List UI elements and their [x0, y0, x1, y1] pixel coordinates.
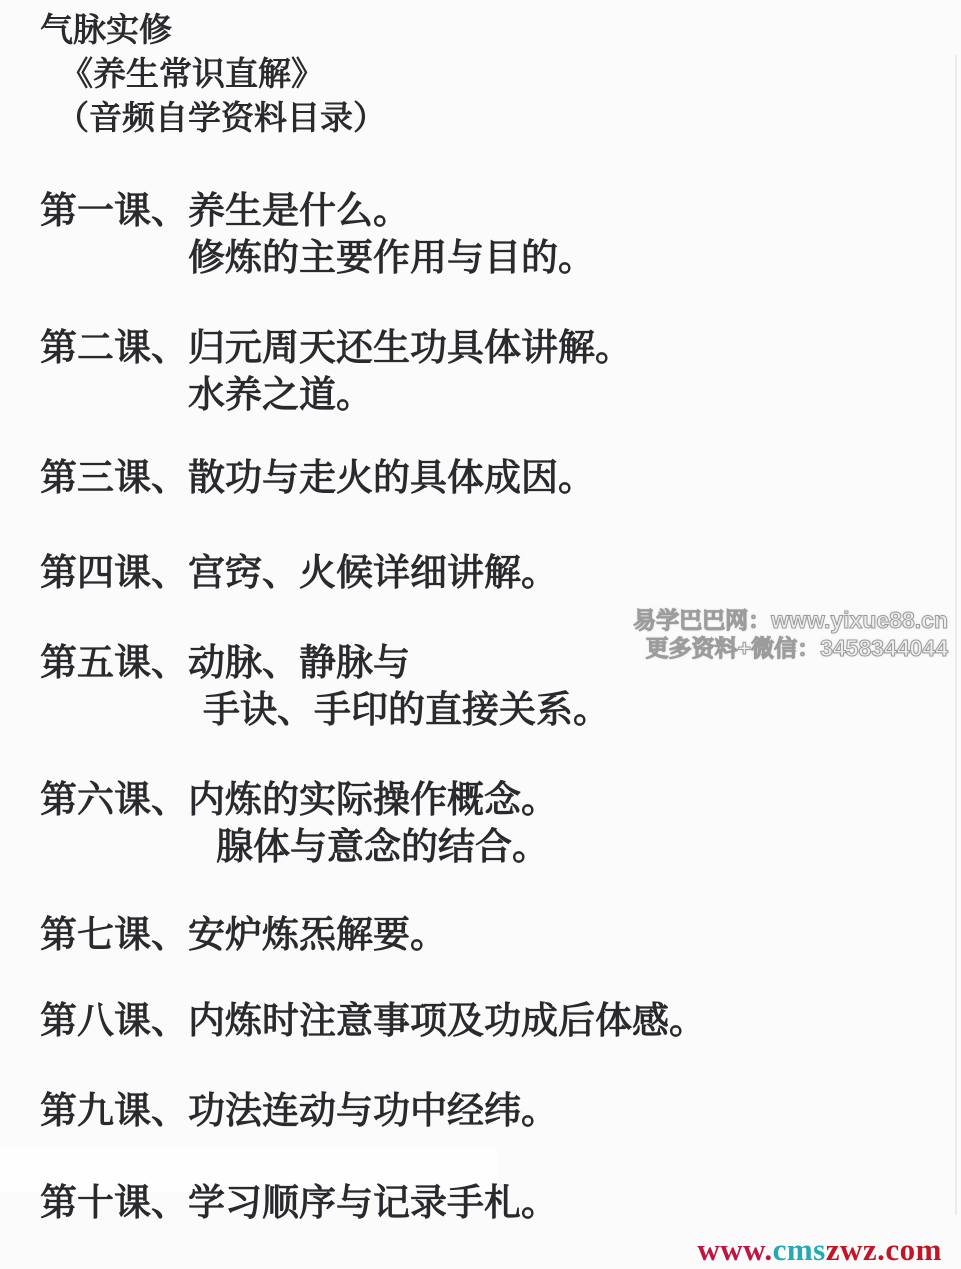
- lesson-text-line: 腺体与意念的结合。: [216, 823, 558, 870]
- lesson-number: 第一课、: [40, 187, 188, 234]
- site-watermark-part1: www.: [697, 1232, 772, 1267]
- lesson-item-9: 第九课、 功法连动与功中经纬。: [40, 1087, 558, 1134]
- lesson-number: 第七课、: [40, 911, 188, 958]
- document-subtitle-note: （音频自学资料目录）: [56, 96, 386, 140]
- lesson-text-line: 养生是什么。: [188, 187, 595, 234]
- lesson-text: 宫窍、火候详细讲解。: [188, 549, 558, 596]
- site-watermark: www.cmszwz.com: [697, 1234, 942, 1265]
- lesson-item-4: 第四课、 宫窍、火候详细讲解。: [40, 549, 558, 596]
- lesson-text-line: 修炼的主要作用与目的。: [188, 234, 595, 281]
- yixue-watermark-line1: 易学巴巴网：www.yixue88.cn: [633, 606, 948, 634]
- lesson-text: 归元周天还生功具体讲解。 水养之道。: [188, 324, 632, 418]
- lesson-item-3: 第三课、 散功与走火的具体成因。: [40, 454, 595, 501]
- document-page: 气脉实修 《养生常识直解》 （音频自学资料目录） 第一课、 养生是什么。 修炼的…: [0, 0, 961, 1269]
- lesson-text-line: 手诀、手印的直接关系。: [203, 686, 610, 733]
- lesson-number: 第六课、: [40, 776, 188, 823]
- lesson-text-line: 归元周天还生功具体讲解。: [188, 324, 632, 371]
- lesson-text: 散功与走火的具体成因。: [188, 454, 595, 501]
- lesson-item-2: 第二课、 归元周天还生功具体讲解。 水养之道。: [40, 324, 632, 418]
- lesson-text-line: 散功与走火的具体成因。: [188, 454, 595, 501]
- document-header: 气脉实修 《养生常识直解》 （音频自学资料目录）: [40, 8, 386, 140]
- lesson-text-line: 水养之道。: [188, 371, 632, 418]
- lesson-text-line: 内炼的实际操作概念。: [188, 776, 558, 823]
- lesson-text-line: 动脉、静脉与: [188, 639, 610, 686]
- lesson-item-7: 第七课、 安炉炼炁解要。: [40, 911, 447, 958]
- lesson-text: 养生是什么。 修炼的主要作用与目的。: [188, 187, 595, 281]
- lesson-number: 第三课、: [40, 454, 188, 501]
- site-watermark-part3: zwz.com: [826, 1232, 942, 1267]
- lesson-text: 学习顺序与记录手札。: [188, 1179, 558, 1226]
- lesson-number: 第二课、: [40, 324, 188, 371]
- lesson-text: 安炉炼炁解要。: [188, 911, 447, 958]
- lesson-text-line: 功法连动与功中经纬。: [188, 1087, 558, 1134]
- lesson-number: 第四课、: [40, 549, 188, 596]
- lesson-number: 第八课、: [40, 997, 188, 1044]
- lesson-text-line: 内炼时注意事项及功成后体感。: [188, 997, 706, 1044]
- document-subtitle: 《养生常识直解》: [60, 52, 386, 96]
- lesson-item-5: 第五课、 动脉、静脉与 手诀、手印的直接关系。: [40, 639, 610, 733]
- lesson-number: 第五课、: [40, 639, 188, 686]
- yixue-watermark: 易学巴巴网：www.yixue88.cn 更多资料+微信：3458344044: [633, 606, 948, 662]
- site-watermark-part2: cms: [773, 1232, 826, 1267]
- lesson-item-10: 第十课、 学习顺序与记录手札。: [40, 1179, 558, 1226]
- lesson-text: 动脉、静脉与 手诀、手印的直接关系。: [188, 639, 610, 733]
- lesson-text-line: 宫窍、火候详细讲解。: [188, 549, 558, 596]
- lesson-number: 第九课、: [40, 1087, 188, 1134]
- lesson-text-line: 安炉炼炁解要。: [188, 911, 447, 958]
- document-title: 气脉实修: [40, 8, 386, 52]
- lesson-item-6: 第六课、 内炼的实际操作概念。 腺体与意念的结合。: [40, 776, 558, 870]
- lesson-item-8: 第八课、 内炼时注意事项及功成后体感。: [40, 997, 706, 1044]
- lesson-text: 内炼时注意事项及功成后体感。: [188, 997, 706, 1044]
- lesson-item-1: 第一课、 养生是什么。 修炼的主要作用与目的。: [40, 187, 595, 281]
- page-edge-line: [955, 55, 957, 1215]
- lesson-text: 功法连动与功中经纬。: [188, 1087, 558, 1134]
- yixue-watermark-line2: 更多资料+微信：3458344044: [633, 634, 948, 662]
- lesson-number: 第十课、: [40, 1179, 188, 1226]
- lesson-text: 内炼的实际操作概念。 腺体与意念的结合。: [188, 776, 558, 870]
- lesson-text-line: 学习顺序与记录手札。: [188, 1179, 558, 1226]
